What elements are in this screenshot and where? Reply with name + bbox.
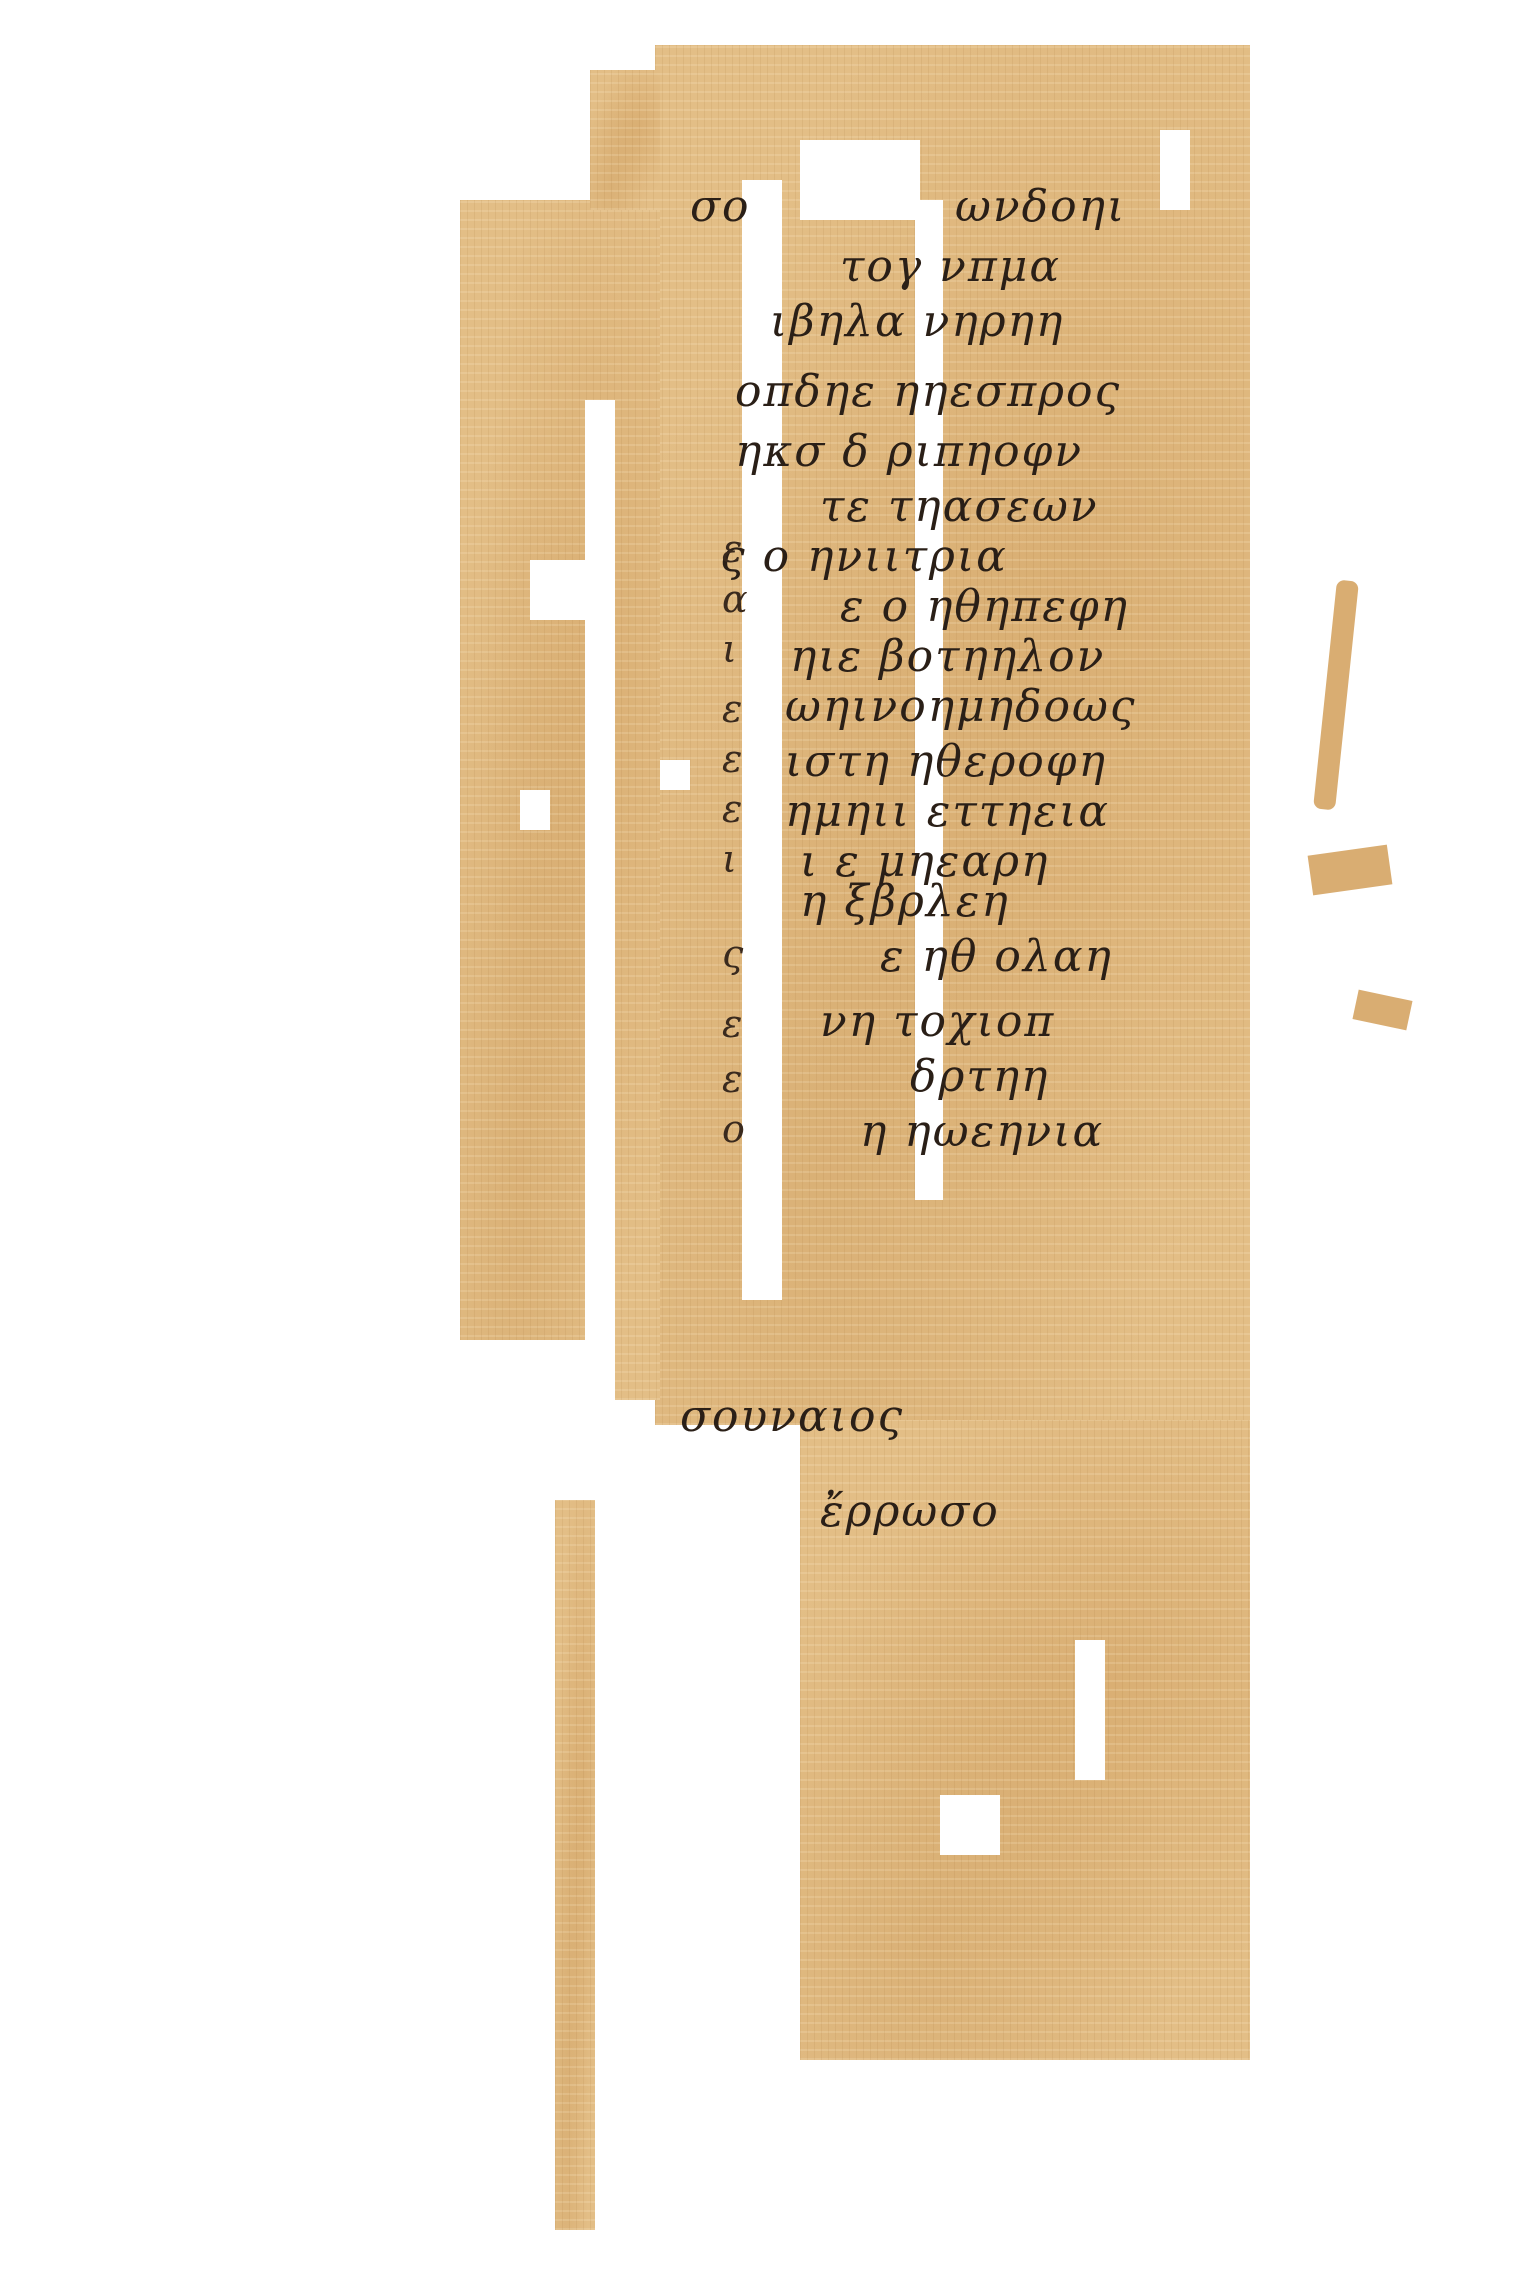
signature-name: σουναιος	[680, 1395, 904, 1439]
papyrus-loss	[940, 1795, 1000, 1855]
papyrus-loss	[800, 140, 920, 220]
margin-letter: ε	[722, 790, 744, 828]
text-line: τε τηασεων	[820, 485, 1099, 529]
text-line: τογ νπμα	[840, 245, 1061, 289]
text-line: δρτηη	[910, 1055, 1049, 1099]
papyrus-loss	[660, 760, 690, 790]
text-line: οπδηε ηηεσπρος	[735, 370, 1121, 414]
margin-letter: ι	[722, 630, 739, 668]
text-line: ωνδοηι	[955, 185, 1126, 229]
text-line: η ξβρλεη	[800, 880, 1010, 924]
letter-opening: σο	[690, 185, 751, 229]
text-line: ημηιι εττηεια	[785, 790, 1110, 834]
papyrus-long-strip	[555, 1500, 595, 2230]
papyrus-loss	[585, 400, 615, 1400]
margin-letter: ε	[722, 740, 744, 778]
papyrus-document: σο ωνδοηι τογ νπμα ιβηλα νηρηη οπδηε ηηε…	[0, 0, 1536, 2271]
papyrus-left-wing	[460, 200, 660, 1400]
margin-letter: ε	[722, 690, 744, 728]
papyrus-loss	[520, 790, 550, 830]
detached-fragment	[1313, 579, 1359, 810]
detached-fragment	[1308, 845, 1393, 896]
margin-letter: ε	[722, 1005, 744, 1043]
margin-letter: ε	[722, 530, 744, 568]
papyrus-loss	[1075, 1640, 1105, 1780]
text-line: ς ο ηνιιτρια	[720, 535, 1008, 579]
margin-letter: α	[722, 580, 750, 618]
text-line: ε ο ηθηπεφη	[840, 585, 1129, 629]
papyrus-left-top-strip	[590, 70, 660, 210]
margin-letter: ι	[722, 840, 739, 878]
text-line: η ηωεηνια	[860, 1110, 1104, 1154]
text-line: ιστη ηθεροφη	[785, 740, 1107, 784]
text-line: ηιε βοτηηλον	[790, 635, 1105, 679]
text-line: ηκσ δ ριπηοφν	[735, 430, 1083, 474]
margin-letter: ο	[722, 1110, 747, 1148]
margin-letter: ς	[722, 935, 745, 973]
text-line: ιβηλα νηρηη	[770, 300, 1064, 344]
text-line: ωηινοημηδοως	[785, 685, 1137, 729]
papyrus-loss	[1160, 130, 1190, 210]
text-line: νη τοχιοπ	[820, 1000, 1055, 1044]
papyrus-loss	[460, 1340, 595, 1500]
papyrus-loss	[530, 560, 590, 620]
detached-fragment	[1352, 990, 1412, 1031]
papyrus-loss	[742, 180, 782, 1300]
text-line: ε ηθ ολαη	[880, 935, 1113, 979]
margin-letter: ε	[722, 1060, 744, 1098]
closing-farewell: ἔρρωσο	[820, 1490, 1000, 1534]
